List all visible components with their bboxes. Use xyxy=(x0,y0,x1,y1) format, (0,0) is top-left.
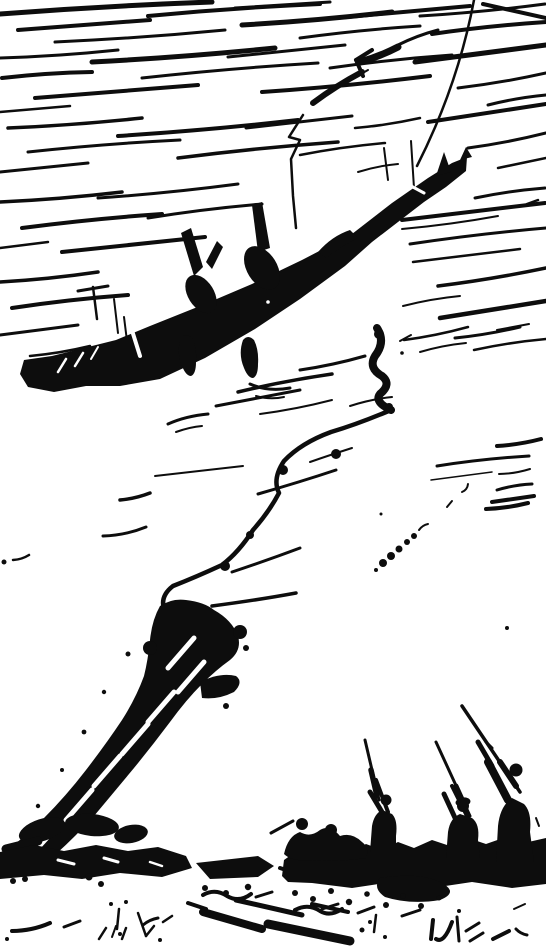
illustration: Ink drawing: a twin-engine bomber dives … xyxy=(0,0,546,950)
illustration-canvas xyxy=(0,0,546,950)
